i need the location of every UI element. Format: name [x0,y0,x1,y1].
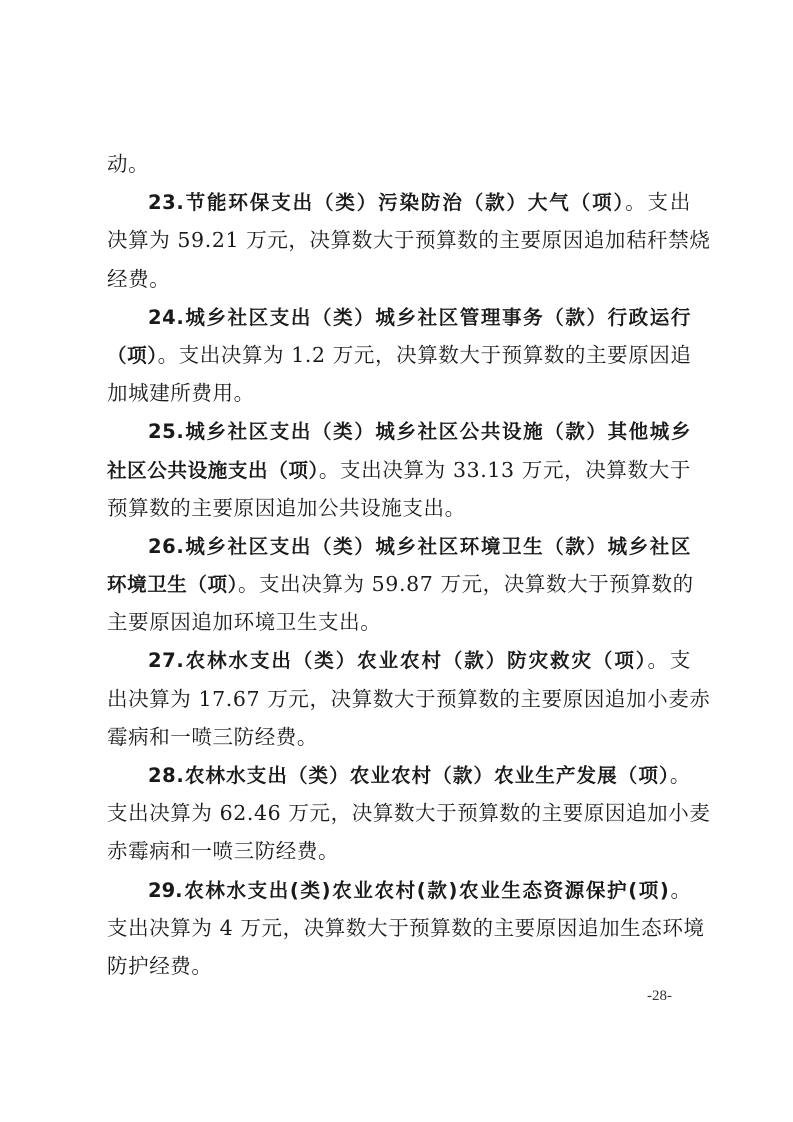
item-body-line: 防护经费。 [107,947,691,985]
item-heading: 28.农林水支出（类）农业农村（款）农业生产发展（项） [148,764,670,787]
item-body-line: 环境卫生（项）。支出决算为 59.87 万元，决算数大于预算数的 [107,565,691,603]
item-text: 。支出决算为 59.87 万元，决算数大于预算数的 [238,572,694,596]
item-26: 26.城乡社区支出（类）城乡社区环境卫生（款）城乡社区 环境卫生（项）。支出决算… [107,527,691,642]
item-body-line: 霉病和一喷三防经费。 [107,718,691,756]
item-heading-line: 27.农林水支出（类）农业农村（款）防灾救灾（项）。支 [107,641,691,679]
item-heading-tail: 环境卫生（项） [107,573,238,596]
item-text: 。 [669,878,691,902]
page-number: -28- [647,988,672,1005]
item-body-line: 加城建所费用。 [107,374,691,412]
item-body-line: 出决算为 17.67 万元，决算数大于预算数的主要原因追加小麦赤 [107,680,691,718]
item-heading-line: 26.城乡社区支出（类）城乡社区环境卫生（款）城乡社区 [107,527,691,565]
item-body-line: 决算为 59.21 万元，决算数大于预算数的主要原因追加秸秆禁烧 [107,221,691,259]
item-body-line: 经费。 [107,260,691,298]
item-heading: 27.农林水支出（类）农业农村（款）防灾救灾（项） [148,649,647,672]
item-text: 。支出 [625,190,691,214]
item-text: 。支 [647,648,691,672]
item-25: 25.城乡社区支出（类）城乡社区公共设施（款）其他城乡 社区公共设施支出（项）。… [107,412,691,527]
item-heading-line: 28.农林水支出（类）农业农村（款）农业生产发展（项）。 [107,756,691,794]
item-body-line: 主要原因追加环境卫生支出。 [107,603,691,641]
item-28: 28.农林水支出（类）农业农村（款）农业生产发展（项）。 支出决算为 62.46… [107,756,691,871]
item-body-line: 预算数的主要原因追加公共设施支出。 [107,489,691,527]
item-heading: 23.节能环保支出（类）污染防治（款）大气（项） [148,191,625,214]
item-heading-tail: 社区公共设施支出（项） [107,459,319,482]
item-heading-line: 25.城乡社区支出（类）城乡社区公共设施（款）其他城乡 [107,412,691,450]
item-heading: 25.城乡社区支出（类）城乡社区公共设施（款）其他城乡 [148,420,691,443]
continuation-line: 动。 [107,145,691,183]
item-body-line: 支出决算为 4 万元，决算数大于预算数的主要原因追加生态环境 [107,909,691,947]
item-heading: 29.农林水支出(类)农业农村(款)农业生态资源保护(项) [148,879,669,902]
item-heading-line: 29.农林水支出(类)农业农村(款)农业生态资源保护(项)。 [107,871,691,909]
item-27: 27.农林水支出（类）农业农村（款）防灾救灾（项）。支 出决算为 17.67 万… [107,641,691,756]
item-heading: 26.城乡社区支出（类）城乡社区环境卫生（款）城乡社区 [148,535,691,558]
item-body-line: 社区公共设施支出（项）。支出决算为 33.13 万元，决算数大于 [107,451,691,489]
item-heading: 24.城乡社区支出（类）城乡社区管理事务（款）行政运行 [148,306,691,329]
document-body: 动。 23.节能环保支出（类）污染防治（款）大气（项）。支出 决算为 59.21… [107,145,691,985]
item-heading-line: 23.节能环保支出（类）污染防治（款）大气（项）。支出 [107,183,691,221]
item-24: 24.城乡社区支出（类）城乡社区管理事务（款）行政运行 （项）。支出决算为 1.… [107,298,691,413]
item-text: 。 [670,763,691,787]
item-text: 。支出决算为 33.13 万元，决算数大于 [319,458,691,482]
item-heading-line: 24.城乡社区支出（类）城乡社区管理事务（款）行政运行 [107,298,691,336]
item-body-line: 赤霉病和一喷三防经费。 [107,832,691,870]
item-body-line: 支出决算为 62.46 万元，决算数大于预算数的主要原因追加小麦 [107,794,691,832]
item-29: 29.农林水支出(类)农业农村(款)农业生态资源保护(项)。 支出决算为 4 万… [107,871,691,986]
item-23: 23.节能环保支出（类）污染防治（款）大气（项）。支出 决算为 59.21 万元… [107,183,691,298]
item-heading-tail: （项） [107,344,158,367]
item-body-line: （项）。支出决算为 1.2 万元，决算数大于预算数的主要原因追 [107,336,691,374]
item-text: 。支出决算为 1.2 万元，决算数大于预算数的主要原因追 [158,343,692,367]
